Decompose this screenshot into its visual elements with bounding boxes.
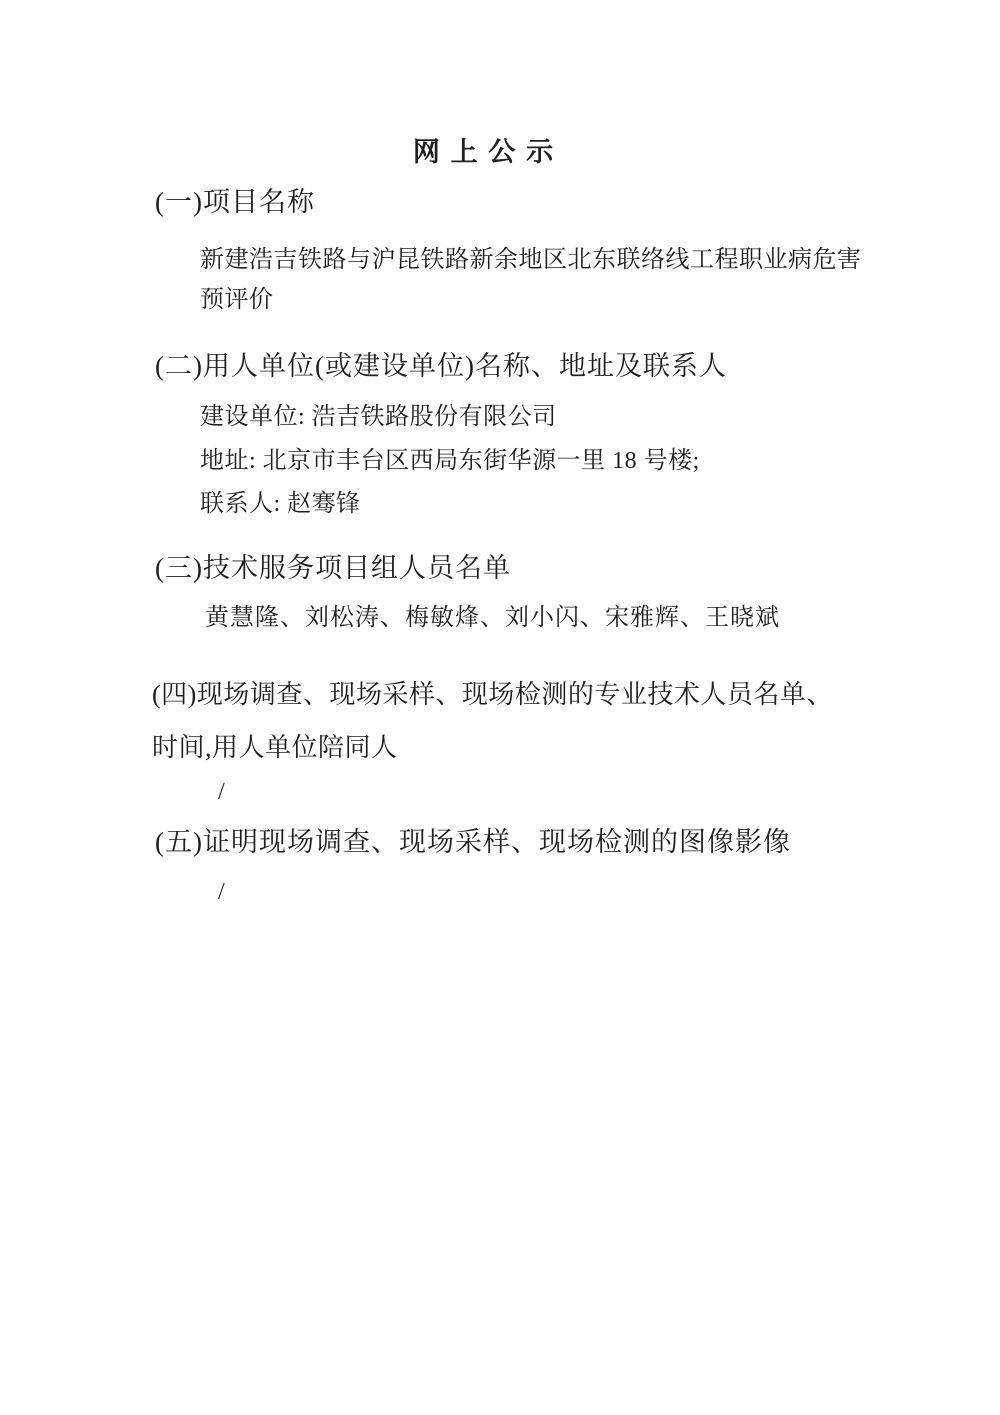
section-1-content-line-2: 预评价	[200, 280, 862, 320]
section-5-content: /	[218, 872, 225, 912]
section-1-content: 新建浩吉铁路与沪昆铁路新余地区北东联络线工程职业病危害 预评价	[200, 240, 862, 320]
section-5-placeholder-slash: /	[218, 872, 225, 912]
section-4-content: /	[218, 772, 225, 812]
section-1-content-line-1: 新建浩吉铁路与沪昆铁路新余地区北东联络线工程职业病危害	[200, 240, 862, 280]
section-4-heading-line-2: 时间,用人单位陪同人	[152, 721, 833, 774]
section-4-placeholder-slash: /	[218, 772, 225, 812]
section-3-content: 黄慧隆、刘松涛、梅敏烽、刘小闪、宋雅辉、王晓斌	[205, 598, 780, 638]
section-4-heading-line-1: (四)现场调查、现场采样、现场检测的专业技术人员名单、	[152, 668, 833, 721]
section-5-heading: (五)证明现场调查、现场采样、现场检测的图像影像	[155, 822, 791, 862]
section-3-heading: (三)技术服务项目组人员名单	[155, 548, 511, 588]
section-2-construction-unit: 建设单位: 浩吉铁路股份有限公司	[200, 396, 700, 440]
section-2-address: 地址: 北京市丰台区西局东街华源一里 18 号楼;	[200, 440, 700, 484]
section-2-contact-person: 联系人: 赵骞锋	[200, 483, 700, 527]
document-title: 网 上 公 示	[0, 130, 984, 169]
section-3-names-list: 黄慧隆、刘松涛、梅敏烽、刘小闪、宋雅辉、王晓斌	[205, 598, 780, 638]
section-4-heading: (四)现场调查、现场采样、现场检测的专业技术人员名单、 时间,用人单位陪同人	[152, 668, 833, 774]
document-page: 网 上 公 示 (一)项目名称 新建浩吉铁路与沪昆铁路新余地区北东联络线工程职业…	[0, 0, 1000, 1415]
section-2-content: 建设单位: 浩吉铁路股份有限公司 地址: 北京市丰台区西局东街华源一里 18 号…	[200, 396, 700, 527]
section-1-heading: (一)项目名称	[155, 182, 315, 222]
section-2-heading: (二)用人单位(或建设单位)名称、地址及联系人	[155, 346, 727, 386]
